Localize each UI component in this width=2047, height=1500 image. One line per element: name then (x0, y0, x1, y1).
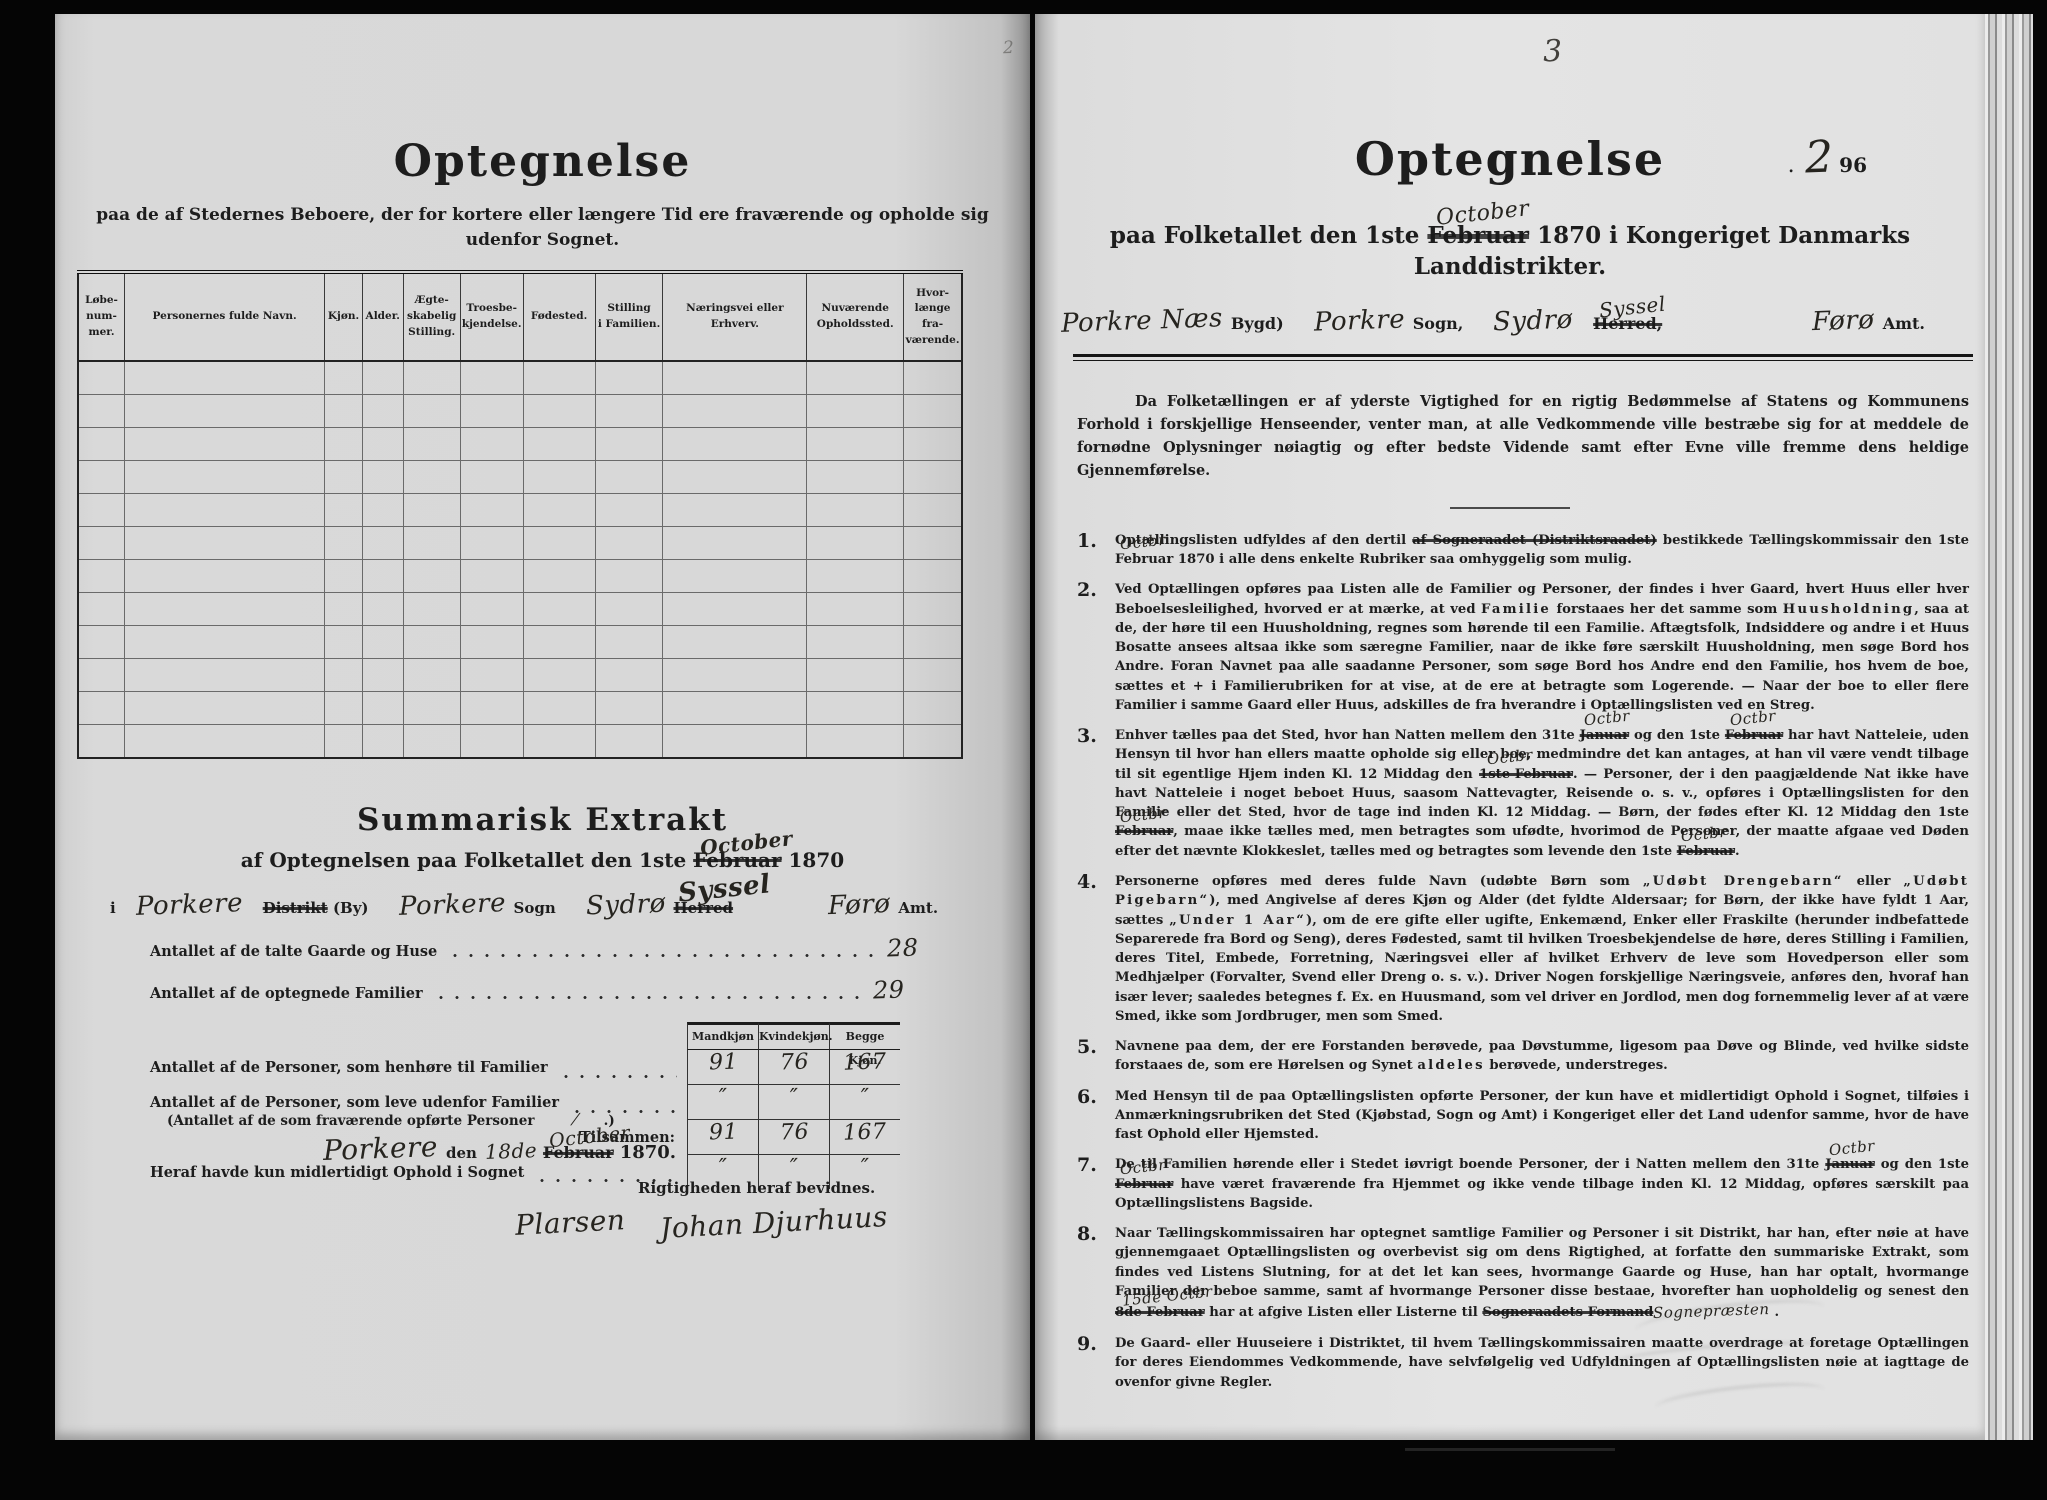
month-correction: 15de Octbr8de Februar (1115, 1303, 1205, 1322)
column-header: Ægte- skabelig Stilling. (403, 272, 460, 361)
double-rule (1073, 354, 1973, 361)
empty-cell (663, 626, 807, 659)
empty-cell (460, 593, 523, 626)
table-row (78, 659, 962, 692)
section-divider (1450, 507, 1570, 509)
intro-paragraph: Da Folketællingen er af yderste Vigtighe… (1077, 391, 1969, 483)
table-row (78, 494, 962, 527)
item-number: 2. (1077, 580, 1115, 715)
instruction-item: 5.Navnene paa dem, der ere Forstanden be… (1077, 1037, 1969, 1076)
dot-leader (558, 1074, 677, 1079)
month-correction: OctbrFebruar (1677, 842, 1735, 861)
empty-cell (595, 626, 663, 659)
table-row (78, 527, 962, 560)
absentee-table: Løbe- num- mer.Personernes fulde Navn.Kj… (77, 270, 963, 759)
bygd-handwritten: Porkre Næs (1061, 303, 1224, 339)
empty-cell (904, 593, 962, 626)
empty-cell (325, 725, 363, 759)
empty-cell (595, 692, 663, 725)
month-correction: OctbrJanuar (1825, 1155, 1874, 1174)
parish-handwritten: Porkere (398, 888, 506, 922)
empty-cell (362, 428, 403, 461)
table-row (78, 395, 962, 428)
empty-cell (403, 361, 460, 395)
empty-cell (663, 593, 807, 626)
item-text: Ved Optællingen opføres paa Listen alle … (1115, 580, 1969, 715)
empty-cell (325, 626, 363, 659)
empty-cell (403, 593, 460, 626)
empty-cell (78, 461, 125, 494)
empty-cell (523, 361, 595, 395)
empty-cell (663, 461, 807, 494)
empty-cell (904, 692, 962, 725)
empty-cell (595, 593, 663, 626)
parish-handwritten: Porkre (1313, 305, 1405, 338)
value-male: 91 (708, 1050, 738, 1076)
body-text: Personerne opføres med deres fulde Navn … (1115, 874, 1643, 889)
empty-cell (362, 626, 403, 659)
item-number: 3. (1077, 726, 1115, 861)
empty-cell (663, 692, 807, 725)
empty-cell (460, 395, 523, 428)
herred-correction: SysselHerred, (1593, 314, 1662, 333)
empty-cell (595, 461, 663, 494)
struck-text: af Sogneraadet (Distriktsraadet) (1412, 533, 1657, 548)
body-text: og den 1ste (1875, 1157, 1969, 1172)
month-correction: Octbr1ste Februar (1479, 765, 1573, 784)
value-female: ″ (789, 1155, 799, 1180)
empty-cell (362, 494, 403, 527)
empty-cell (807, 626, 904, 659)
table-row (78, 626, 962, 659)
page-stack-edge (1985, 14, 2033, 1440)
i-label: i (110, 899, 116, 917)
empty-cell (460, 527, 523, 560)
empty-cell (362, 461, 403, 494)
empty-cell (325, 527, 363, 560)
value-female: 76 (779, 1050, 809, 1076)
left-page-title: Optegnelse (55, 14, 1030, 187)
bygd-label: Bygd) (1231, 314, 1284, 333)
empty-cell (78, 494, 125, 527)
empty-cell (807, 361, 904, 395)
column-header: Hvor- længe fra- værende. (904, 272, 962, 361)
empty-cell (325, 428, 363, 461)
families-value: 29 (872, 975, 905, 1004)
signature-1: Plarsen (514, 1203, 626, 1242)
item-text: Optællingslisten udfyldes af den dertil … (1115, 531, 1969, 570)
body-text: Enhver tælles paa det Sted, hvor han Nat… (1115, 728, 1580, 743)
empty-cell (460, 461, 523, 494)
item-text: Navnene paa dem, der ere Forstanden berø… (1115, 1037, 1969, 1076)
body-text: De til Familien hørende eller i Stedet i… (1115, 1157, 1825, 1172)
body-text: bestikkede Tællingskommissair den 1ste (1657, 533, 1969, 548)
body-text: og den 1ste (1629, 728, 1725, 743)
parish-label: Sogn, (1413, 314, 1464, 333)
left-page-corner-mark: 2 (1002, 38, 1014, 58)
empty-cell (403, 692, 460, 725)
date-line: Porkere den 18de OctoberFebruar 1870. (323, 1132, 676, 1165)
table-row (78, 560, 962, 593)
column-header: Løbe- num- mer. (78, 272, 125, 361)
item-text: Naar Tællingskommissairen har optegnet s… (1115, 1224, 1969, 1323)
emphasized-text: Huusholdning (1783, 602, 1914, 617)
empty-cell (523, 659, 595, 692)
empty-cell (125, 395, 325, 428)
empty-cell (460, 560, 523, 593)
extract-subtitle-pre: af Optegnelsen paa Folketallet den 1ste (241, 848, 693, 872)
table-row (78, 593, 962, 626)
empty-cell (125, 428, 325, 461)
table-row (78, 692, 962, 725)
empty-cell (904, 560, 962, 593)
item-text: Personerne opføres med deres fulde Navn … (1115, 872, 1969, 1026)
empty-cell (125, 692, 325, 725)
empty-cell (523, 626, 595, 659)
amt-handwritten: Førø (1812, 305, 1875, 337)
empty-cell (807, 527, 904, 560)
empty-cell (460, 626, 523, 659)
empty-cell (904, 461, 962, 494)
body-text: Med Hensyn til de paa Optællingslisten o… (1115, 1089, 1969, 1143)
empty-cell (523, 395, 595, 428)
date-month-correction: OctoberFebruar (543, 1143, 614, 1162)
column-header: Næringsvei eller Erhverv. (663, 272, 807, 361)
item-number: 4. (1077, 872, 1115, 1026)
empty-cell (663, 659, 807, 692)
empty-cell (362, 527, 403, 560)
empty-cell (362, 593, 403, 626)
column-header-female: Kvindekjøn. (758, 1022, 829, 1050)
body-text: forstaaes her det samme som (1551, 602, 1783, 617)
census-table-body (78, 361, 962, 758)
day-handwritten: 18de (484, 1138, 537, 1164)
right-page-subtitle: paa Folketallet den 1ste OctoberFebruar … (1035, 220, 1985, 282)
empty-cell (403, 560, 460, 593)
empty-cell (78, 395, 125, 428)
struck-district-label: Distrikt (263, 899, 328, 917)
empty-cell (125, 560, 325, 593)
body-text: . (1735, 844, 1740, 859)
empty-cell (904, 527, 962, 560)
empty-cell (595, 494, 663, 527)
herred-handwritten: Sydrø (1493, 305, 1574, 338)
month-correction: OctbrFebruar (1115, 822, 1173, 841)
empty-cell (595, 361, 663, 395)
empty-cell (403, 494, 460, 527)
item-number: 1. (1077, 531, 1115, 570)
empty-cell (403, 725, 460, 759)
empty-cell (523, 461, 595, 494)
empty-cell (523, 692, 595, 725)
column-header: Nuværende Opholdssted. (807, 272, 904, 361)
houses-label: Antallet af de talte Gaarde og Huse (150, 943, 437, 960)
body-text: have været fraværende fra Hjemmet og ikk… (1115, 1177, 1969, 1211)
emphasized-text: aldeles (1417, 1058, 1484, 1073)
district-by-label: (By) (333, 899, 369, 917)
item-text: Med Hensyn til de paa Optællingslisten o… (1115, 1087, 1969, 1145)
empty-cell (595, 725, 663, 759)
value-both: ″ (860, 1155, 870, 1180)
empty-cell (362, 659, 403, 692)
year-label: 1870. (620, 1142, 676, 1163)
place-handwritten: Porkere (322, 1130, 438, 1167)
row-label: Antallet af de Personer, som henhøre til… (55, 1059, 548, 1076)
empty-cell (125, 461, 325, 494)
empty-cell (325, 395, 363, 428)
value-male: ″ (718, 1085, 728, 1110)
empty-cell (125, 593, 325, 626)
scanned-census-spread: 2 Optegnelse paa de af Stedernes Beboere… (0, 0, 2047, 1500)
empty-cell (125, 494, 325, 527)
dot-leader (447, 953, 877, 958)
houses-value: 28 (887, 933, 920, 962)
item-number: 6. (1077, 1087, 1115, 1145)
empty-cell (595, 527, 663, 560)
body-text: , saa at de, der høre til een Huusholdni… (1115, 602, 1969, 713)
table-row (78, 428, 962, 461)
empty-cell (807, 494, 904, 527)
body-text: eller (1844, 874, 1904, 889)
empty-cell (595, 428, 663, 461)
bottom-divider (1405, 1448, 1615, 1451)
left-page: 2 Optegnelse paa de af Stedernes Beboere… (55, 14, 1030, 1440)
column-header: Alder. (362, 272, 403, 361)
empty-cell (325, 461, 363, 494)
empty-cell (807, 692, 904, 725)
instruction-item: 6.Med Hensyn til de paa Optællingslisten… (1077, 1087, 1969, 1145)
subtitle-pre: paa Folketallet den 1ste (1110, 222, 1428, 249)
empty-cell (325, 361, 363, 395)
empty-cell (78, 626, 125, 659)
instruction-item: 9.De Gaard- eller Huuseiere i Distriktet… (1077, 1334, 1969, 1392)
extract-title: Summarisk Extrakt (55, 802, 1030, 838)
note-label: (Antallet af de som fraværende opførte P… (167, 1113, 534, 1129)
summary-row-in-families: Antallet af de Personer, som henhøre til… (55, 1050, 1030, 1085)
page-number-handwritten: 3 (1542, 34, 1563, 70)
instruction-item: 7.De til Familien hørende eller i Stedet… (1077, 1155, 1969, 1213)
body-text: berøvede, understreges. (1485, 1058, 1668, 1073)
empty-cell (362, 692, 403, 725)
corner-dot: . (1788, 153, 1795, 178)
empty-cell (362, 725, 403, 759)
empty-cell (904, 725, 962, 759)
empty-cell (460, 659, 523, 692)
month-correction: OctoberFebruar (1427, 220, 1529, 251)
amt-handwritten: Førø (828, 889, 891, 921)
families-count-line: Antallet af de optegnede Familier 29 (55, 976, 1030, 1004)
body-text: , maae ikke tælles med, men betragtes so… (1115, 824, 1969, 858)
summary-extract-section: Summarisk Extrakt af Optegnelsen paa Fol… (55, 802, 1030, 1189)
empty-cell (904, 361, 962, 395)
empty-cell (78, 593, 125, 626)
empty-cell (904, 395, 962, 428)
empty-cell (807, 395, 904, 428)
empty-cell (325, 659, 363, 692)
district-handwritten: Porkere (135, 888, 243, 922)
month-correction: OctbrFebruar (1115, 550, 1173, 569)
signature-2: Johan Djurhuus (660, 1200, 889, 1245)
column-header: Stilling i Familien. (595, 272, 663, 361)
empty-cell (663, 428, 807, 461)
empty-cell (807, 593, 904, 626)
value-both: 167 (843, 1049, 887, 1076)
value-both: ″ (860, 1085, 870, 1110)
families-label: Antallet af de optegnede Familier (150, 985, 423, 1002)
body-text: ), om de ere gifte eller ugifte, Enkemæn… (1115, 913, 1969, 1024)
empty-cell (325, 593, 363, 626)
empty-cell (78, 692, 125, 725)
district-fill-line: i Porkere Distrikt (By) Porkere Sogn Syd… (55, 890, 1030, 920)
emphasized-text: „Udøbt Drengebarn“ (1643, 874, 1844, 889)
item-text: Enhver tælles paa det Sted, hvor han Nat… (1115, 726, 1969, 861)
instruction-item: 8.Naar Tællingskommissairen har optegnet… (1077, 1224, 1969, 1323)
page-corner-numbers: . 2 96 (1788, 132, 1867, 183)
empty-cell (325, 692, 363, 725)
emphasized-text: Familie (1481, 602, 1551, 617)
total-both: 167 (843, 1119, 887, 1146)
empty-cell (523, 494, 595, 527)
locality-fill-line: Porkre Næs Bygd) Porkre Sogn, Sydrø Syss… (1035, 306, 1985, 336)
empty-cell (523, 560, 595, 593)
houses-count-line: Antallet af de talte Gaarde og Huse 28 (55, 934, 1030, 962)
right-page: 3 . 2 96 Optegnelse paa Folketallet den … (1035, 14, 1985, 1440)
handwritten-correction: Octbr (1828, 1135, 1876, 1162)
amt-label: Amt. (1883, 314, 1925, 333)
empty-cell (78, 659, 125, 692)
subtitle-line-1: paa de af Stedernes Beboere, der for kor… (55, 203, 1030, 228)
empty-cell (523, 593, 595, 626)
row-label: Antallet af de Personer, som leve udenfo… (55, 1094, 559, 1111)
table-row (78, 725, 962, 759)
empty-cell (460, 494, 523, 527)
empty-cell (78, 428, 125, 461)
empty-cell (523, 428, 595, 461)
empty-cell (460, 692, 523, 725)
row-label: Heraf havde kun midlertidigt Ophold i So… (55, 1164, 524, 1181)
empty-cell (78, 725, 125, 759)
empty-cell (460, 361, 523, 395)
month-correction: OctbrFebruar (1115, 1175, 1173, 1194)
item-number: 9. (1077, 1334, 1115, 1392)
absentees-note-line: (Antallet af de som fraværende opførte P… (167, 1110, 615, 1129)
empty-cell (807, 659, 904, 692)
empty-cell (460, 428, 523, 461)
column-header-male: Mandkjøn (687, 1022, 758, 1050)
empty-cell (523, 527, 595, 560)
empty-cell (595, 560, 663, 593)
empty-cell (125, 659, 325, 692)
subtitle-line-2: Landdistrikter. (1035, 251, 1985, 282)
summary-header-row: Mandkjøn Kvindekjøn. Begge Kjøn. (55, 1022, 1030, 1050)
body-text: har at afgive Listen eller Listerne til (1205, 1305, 1483, 1320)
dot-leader (433, 995, 863, 1000)
empty-cell (125, 527, 325, 560)
instruction-list: 1.Optællingslisten udfyldes af den derti… (1077, 531, 1969, 1392)
empty-cell (403, 626, 460, 659)
item-number: 7. (1077, 1155, 1115, 1213)
empty-cell (663, 494, 807, 527)
empty-cell (362, 395, 403, 428)
item-number: 8. (1077, 1224, 1115, 1323)
column-header-both: Begge Kjøn. (829, 1022, 900, 1050)
empty-cell (403, 395, 460, 428)
empty-cell (125, 361, 325, 395)
subtitle-post: 1870 i Kongeriget Danmarks (1529, 222, 1910, 249)
extract-subtitle-year: 1870 (782, 848, 845, 872)
empty-cell (403, 527, 460, 560)
handwritten-syssel: Syssel (677, 869, 772, 909)
empty-cell (807, 428, 904, 461)
census-table-header-row: Løbe- num- mer.Personernes fulde Navn.Kj… (78, 272, 962, 361)
instruction-item: 3.Enhver tælles paa det Sted, hvor han N… (1077, 726, 1969, 861)
column-header: Personernes fulde Navn. (125, 272, 325, 361)
empty-cell (807, 461, 904, 494)
attestation-text: Rigtigheden heraf bevidnes. (638, 1179, 875, 1197)
empty-cell (403, 659, 460, 692)
subtitle-line-2: udenfor Sognet. (55, 228, 1030, 253)
empty-cell (78, 560, 125, 593)
empty-cell (663, 527, 807, 560)
empty-cell (663, 395, 807, 428)
herred-correction: SysselHerred (673, 899, 733, 917)
total-female: 76 (779, 1120, 809, 1146)
body-text: 1870 i alle dens enkelte Rubriker saa om… (1173, 552, 1632, 567)
body-text: Naar Tællingskommissairen har optegnet s… (1115, 1226, 1969, 1299)
empty-cell (362, 560, 403, 593)
corner-number-handwritten: 2 (1804, 132, 1834, 184)
emphasized-text: „Under 1 Aar“ (1169, 913, 1306, 928)
empty-cell (78, 361, 125, 395)
table-row (78, 361, 962, 395)
extract-subtitle: af Optegnelsen paa Folketallet den 1ste … (55, 848, 1030, 872)
item-number: 5. (1077, 1037, 1115, 1076)
den-label: den (446, 1144, 477, 1162)
empty-cell (904, 659, 962, 692)
empty-cell (904, 494, 962, 527)
item-text: De til Familien hørende eller i Stedet i… (1115, 1155, 1969, 1213)
empty-cell (125, 626, 325, 659)
empty-cell (595, 659, 663, 692)
empty-cell (362, 361, 403, 395)
empty-cell (904, 428, 962, 461)
empty-cell (595, 395, 663, 428)
empty-cell (663, 361, 807, 395)
signatures: Plarsen Johan Djurhuus (515, 1206, 914, 1239)
left-page-subtitle: paa de af Stedernes Beboere, der for kor… (55, 203, 1030, 252)
handwritten-correction: Octbr (1119, 802, 1167, 829)
empty-cell (403, 428, 460, 461)
month-correction: OctbrJanuar (1580, 726, 1629, 745)
corner-number-printed: 96 (1839, 153, 1867, 177)
total-male: 91 (708, 1120, 738, 1146)
empty-cell (78, 527, 125, 560)
column-header: Troesbe- kjendelse. (460, 272, 523, 361)
column-header: Kjøn. (325, 272, 363, 361)
empty-cell (460, 725, 523, 759)
instruction-item: 4.Personerne opføres med deres fulde Nav… (1077, 872, 1969, 1026)
struck-text: Sogneraadets Formand (1482, 1305, 1653, 1320)
instruction-item: 2.Ved Optællingen opføres paa Listen all… (1077, 580, 1969, 715)
empty-cell (904, 626, 962, 659)
empty-cell (523, 725, 595, 759)
month-correction: OctbrFebruar (1725, 726, 1783, 745)
empty-cell (807, 725, 904, 759)
empty-cell (325, 560, 363, 593)
item-text: De Gaard- eller Huuseiere i Distriktet, … (1115, 1334, 1969, 1392)
table-row (78, 461, 962, 494)
column-header: Fødested. (523, 272, 595, 361)
